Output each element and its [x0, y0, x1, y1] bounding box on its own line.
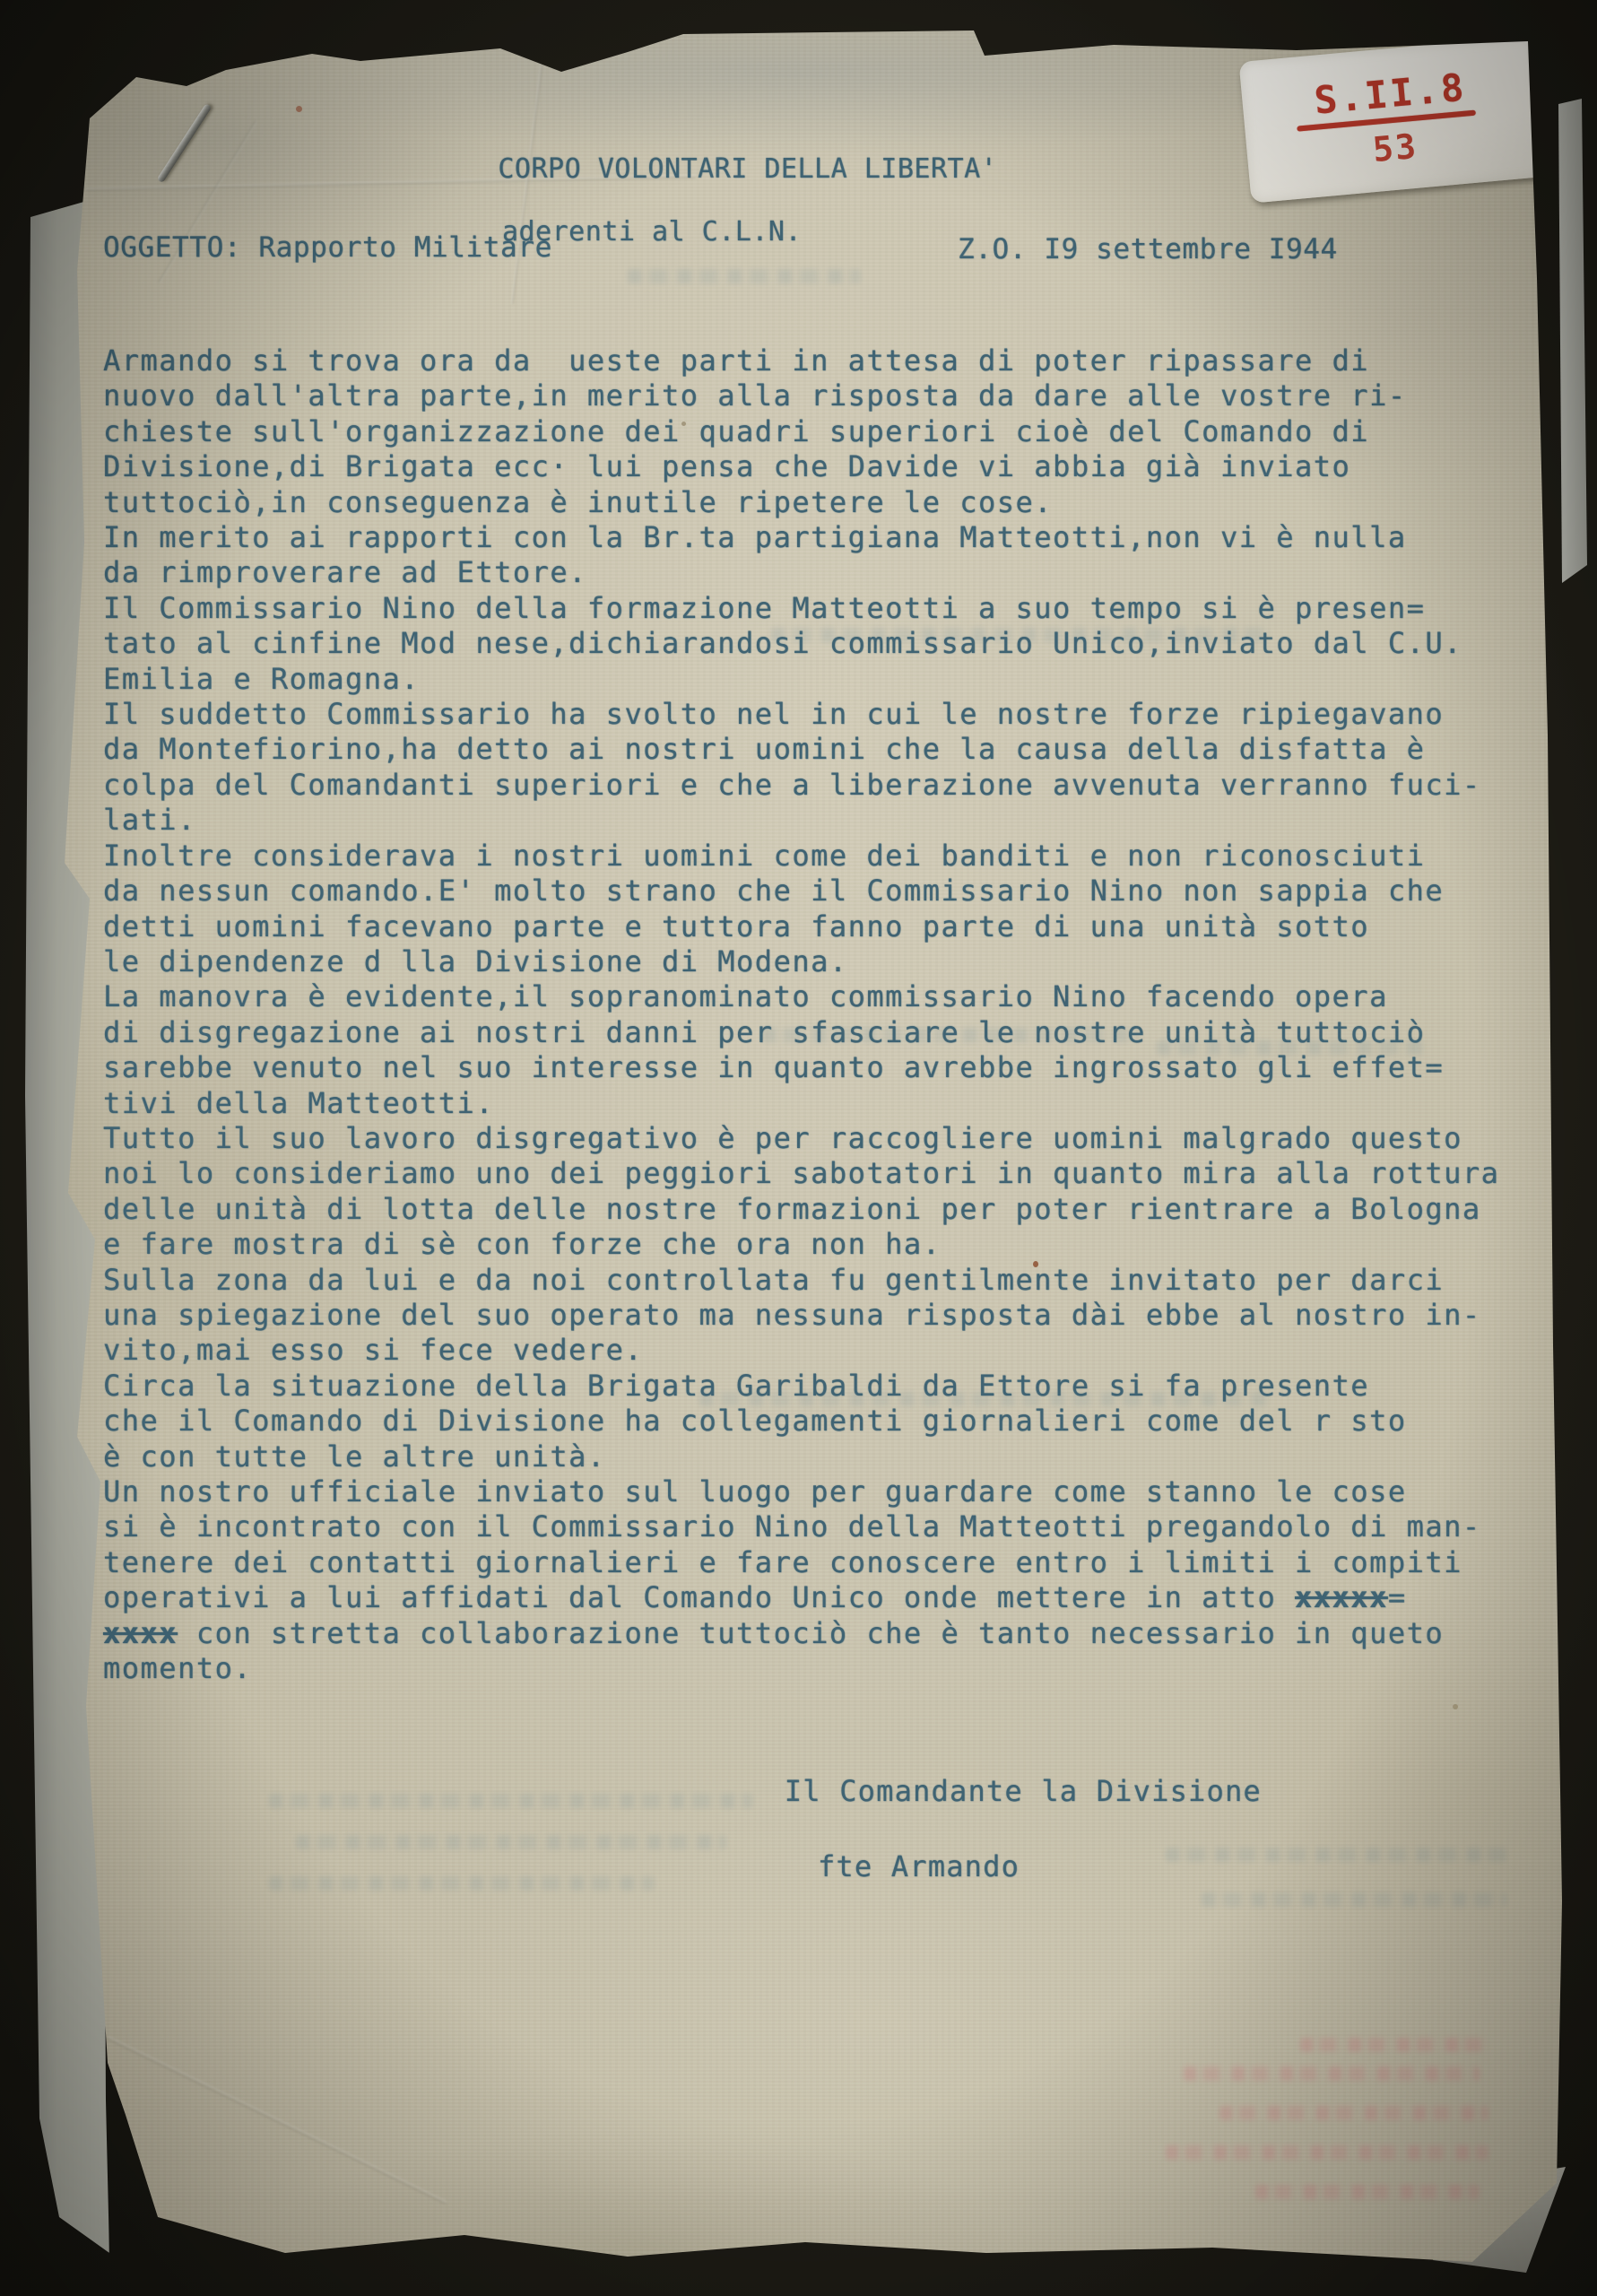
body-line: le dipendenze d lla Divisione di Modena. — [103, 944, 1538, 979]
body-line: Sulla zona da lui e da noi controllata f… — [103, 1263, 1538, 1298]
under-sheet-right-edge — [1558, 99, 1587, 583]
body-line: tuttociò,in conseguenza è inutile ripete… — [103, 485, 1538, 520]
body-line: La manovra è evidente,il sopranominato c… — [103, 979, 1538, 1014]
bleed-through-mark — [296, 1835, 726, 1849]
body-line: xxxx con stretta collaborazione tuttociò… — [103, 1616, 1538, 1651]
body-line: delle unità di lotta delle nostre formaz… — [103, 1192, 1538, 1227]
body-line: Il Commissario Nino della formazione Mat… — [103, 591, 1538, 626]
body-line: Un nostro ufficiale inviato sul luogo pe… — [103, 1474, 1538, 1509]
body-line: Circa la situazione della Brigata Gariba… — [103, 1369, 1538, 1404]
body-line: di disgregazione ai nostri danni per sfa… — [103, 1015, 1538, 1050]
label-number: 53 — [1371, 126, 1419, 169]
archival-label: S.II.8 53 — [1239, 35, 1547, 203]
body-line: Armando si trova ora da ueste parti in a… — [103, 344, 1538, 378]
bleed-through-mark — [269, 1876, 655, 1891]
body-line: In merito ai rapporti con la Br.ta parti… — [103, 520, 1538, 555]
body-line: Divisione,di Brigata ecc· lui pensa che … — [103, 449, 1538, 484]
body-line: e fare mostra di sè con forze che ora no… — [103, 1227, 1538, 1262]
date-line: Z.O. I9 settembre I944 — [958, 233, 1338, 265]
document-page: CORPO VOLONTARI DELLA LIBERTA' aderenti … — [0, 0, 1597, 2296]
body-line: vito,mai esso si fece vedere. — [103, 1333, 1538, 1368]
signature-name: fte Armando — [674, 1849, 1163, 1883]
body-line: noi lo consideriamo uno dei peggiori sab… — [103, 1156, 1538, 1191]
body-line: colpa del Comandanti superiori e che a l… — [103, 768, 1538, 803]
body-line: Il suddetto Commissario ha svolto nel in… — [103, 697, 1538, 732]
signature-block: Il Comandante la Divisione fte Armando — [674, 1740, 1163, 1952]
bleed-through-mark-pink — [1184, 2066, 1480, 2081]
body-line: Emilia e Romagna. — [103, 662, 1538, 697]
body-line: tenere dei contatti giornalieri e fare c… — [103, 1545, 1538, 1580]
body-line: da nessun comando.E' molto strano che il… — [103, 874, 1538, 909]
age-speck — [296, 106, 302, 112]
body-line: da rimproverare ad Ettore. — [103, 555, 1538, 590]
bleed-through-mark-pink — [1219, 2106, 1489, 2120]
body-line: nuovo dall'altra parte,in merito alla ri… — [103, 378, 1538, 413]
body-line: che il Comando di Divisione ha collegame… — [103, 1404, 1538, 1439]
body-line: Inoltre considerava i nostri uomini come… — [103, 839, 1538, 874]
document-scan: CORPO VOLONTARI DELLA LIBERTA' aderenti … — [0, 0, 1597, 2296]
body-line: da Montefiorino,ha detto ai nostri uomin… — [103, 732, 1538, 767]
staple — [157, 103, 213, 183]
paper-crease — [107, 2036, 447, 2205]
body-line: chieste sull'organizzazione dei quadri s… — [103, 414, 1538, 449]
age-speck — [1453, 1704, 1458, 1709]
body-line: sarebbe venuto nel suo interesse in quan… — [103, 1050, 1538, 1085]
body-line: lati. — [103, 803, 1538, 838]
bleed-through-mark — [1166, 1848, 1506, 1862]
body-line: si è incontrato con il Commissario Nino … — [103, 1509, 1538, 1544]
letterhead-line1: CORPO VOLONTARI DELLA LIBERTA' — [498, 153, 997, 185]
body-line: momento. — [103, 1651, 1538, 1686]
body-line: detti uomini facevano parte e tuttora fa… — [103, 909, 1538, 944]
body-line: tato al cinfine Mod nese,dichiarandosi c… — [103, 626, 1538, 661]
subject-line: OGGETTO: Rapporto Militare — [103, 231, 552, 264]
bleed-through-mark-pink — [1255, 2185, 1480, 2199]
body-line: è con tutte le altre unità. — [103, 1439, 1538, 1474]
body-line: Tutto il suo lavoro disgregativo è per r… — [103, 1121, 1538, 1156]
bleed-through-mark — [1202, 1892, 1506, 1907]
body-line: operativi a lui affidati dal Comando Uni… — [103, 1580, 1538, 1615]
signature-title: Il Comandante la Divisione — [785, 1774, 1262, 1808]
body-line: una spiegazione del suo operato ma nessu… — [103, 1298, 1538, 1333]
body-text: Armando si trova ora da ueste parti in a… — [103, 344, 1538, 1686]
bleed-through-mark-pink — [1300, 2038, 1489, 2052]
body-line: tivi della Matteotti. — [103, 1086, 1538, 1121]
bleed-through-mark-pink — [1166, 2145, 1489, 2160]
letterhead: CORPO VOLONTARI DELLA LIBERTA' aderenti … — [398, 122, 906, 310]
